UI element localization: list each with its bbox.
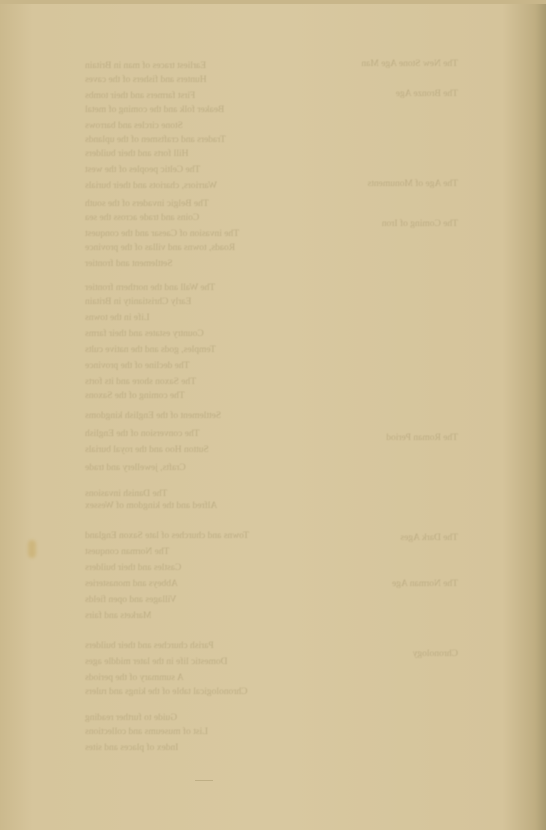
ghost-line: Settlement of the English kingdoms — [85, 410, 323, 423]
ghost-line: Sutton Hoo and the royal burials — [85, 444, 323, 457]
ghost-line: Country estates and their farms — [85, 328, 323, 341]
ghost-line: Alfred and the kingdom of Wessex — [85, 500, 323, 513]
ghost-line: Chronological table of the kings and rul… — [85, 686, 323, 699]
ghost-line: A summary of the periods — [85, 672, 323, 685]
ghost-line: Castles and their builders — [85, 562, 323, 575]
ghost-line: The Celtic peoples of the west — [85, 164, 323, 177]
ghost-line: Guide to further reading — [85, 712, 323, 725]
ghost-line: Traders and craftsmen of the uplands — [85, 134, 323, 147]
ghost-line: Markets and fairs — [85, 610, 323, 623]
ghost-line: Earliest traces of man in Britain — [85, 60, 323, 73]
ghost-line: The conversion of the English — [85, 428, 323, 441]
ghost-line: The coming of the Saxons — [85, 390, 323, 403]
scanned-page: The New Stone Age ManThe Bronze AgeThe A… — [0, 0, 546, 830]
ghost-line: Temples, gods and the native cults — [85, 344, 323, 357]
ghost-heading: The Roman Period — [360, 432, 458, 445]
ghost-line: The Belgic invaders of the south — [85, 198, 323, 211]
ghost-line: Settlement and frontier — [85, 258, 323, 271]
ghost-line: Warriors, chariots and their burials — [85, 180, 323, 193]
ghost-line: Domestic life in the later middle ages — [85, 656, 323, 669]
ghost-heading: The Age of Monuments — [360, 178, 458, 191]
ghost-line: Hunters and fishers of the caves — [85, 74, 323, 87]
ghost-line: First farmers and their tombs — [85, 90, 323, 103]
ghost-line: Life in the towns — [85, 312, 323, 325]
ghost-line: The Saxon shore and its forts — [85, 376, 323, 389]
paper-stain — [28, 540, 36, 558]
ghost-line: The Norman conquest — [85, 546, 323, 559]
ghost-heading: The Dark Ages — [360, 532, 458, 545]
ghost-heading: The New Stone Age Man — [360, 58, 458, 71]
ghost-line: Early Christianity in Britain — [85, 296, 323, 309]
ghost-heading: The Bronze Age — [360, 88, 458, 101]
ghost-line: Coins and trade across the sea — [85, 212, 323, 225]
page-top-edge — [0, 0, 546, 4]
ghost-line: The Wall and the northern frontier — [85, 282, 323, 295]
ghost-line: Roads, towns and villas of the province — [85, 242, 323, 255]
ghost-line: Beaker folk and the coming of metal — [85, 104, 323, 117]
ghost-line: The invasion of Caesar and the conquest — [85, 228, 323, 241]
ghost-heading: The Coming of Iron — [360, 218, 458, 231]
ghost-heading: The Norman Age — [360, 578, 458, 591]
ghost-line: Hill forts and their builders — [85, 148, 323, 161]
ghost-line: List of museums and collections — [85, 726, 323, 739]
ghost-line: Parish churches and their builders — [85, 640, 323, 653]
ghost-line: Villages and open fields — [85, 594, 323, 607]
page-mark — [195, 780, 213, 789]
ghost-line: Crafts, jewellery and trade — [85, 462, 323, 475]
ghost-line: Index of places and sites — [85, 742, 323, 755]
ghost-line: Towns and churches of late Saxon England — [85, 530, 323, 543]
ghost-line: Abbeys and monasteries — [85, 578, 323, 591]
ghost-line: Stone circles and barrows — [85, 120, 323, 133]
ghost-heading: Chronology — [360, 648, 458, 661]
ghost-line: The decline of the province — [85, 360, 323, 373]
